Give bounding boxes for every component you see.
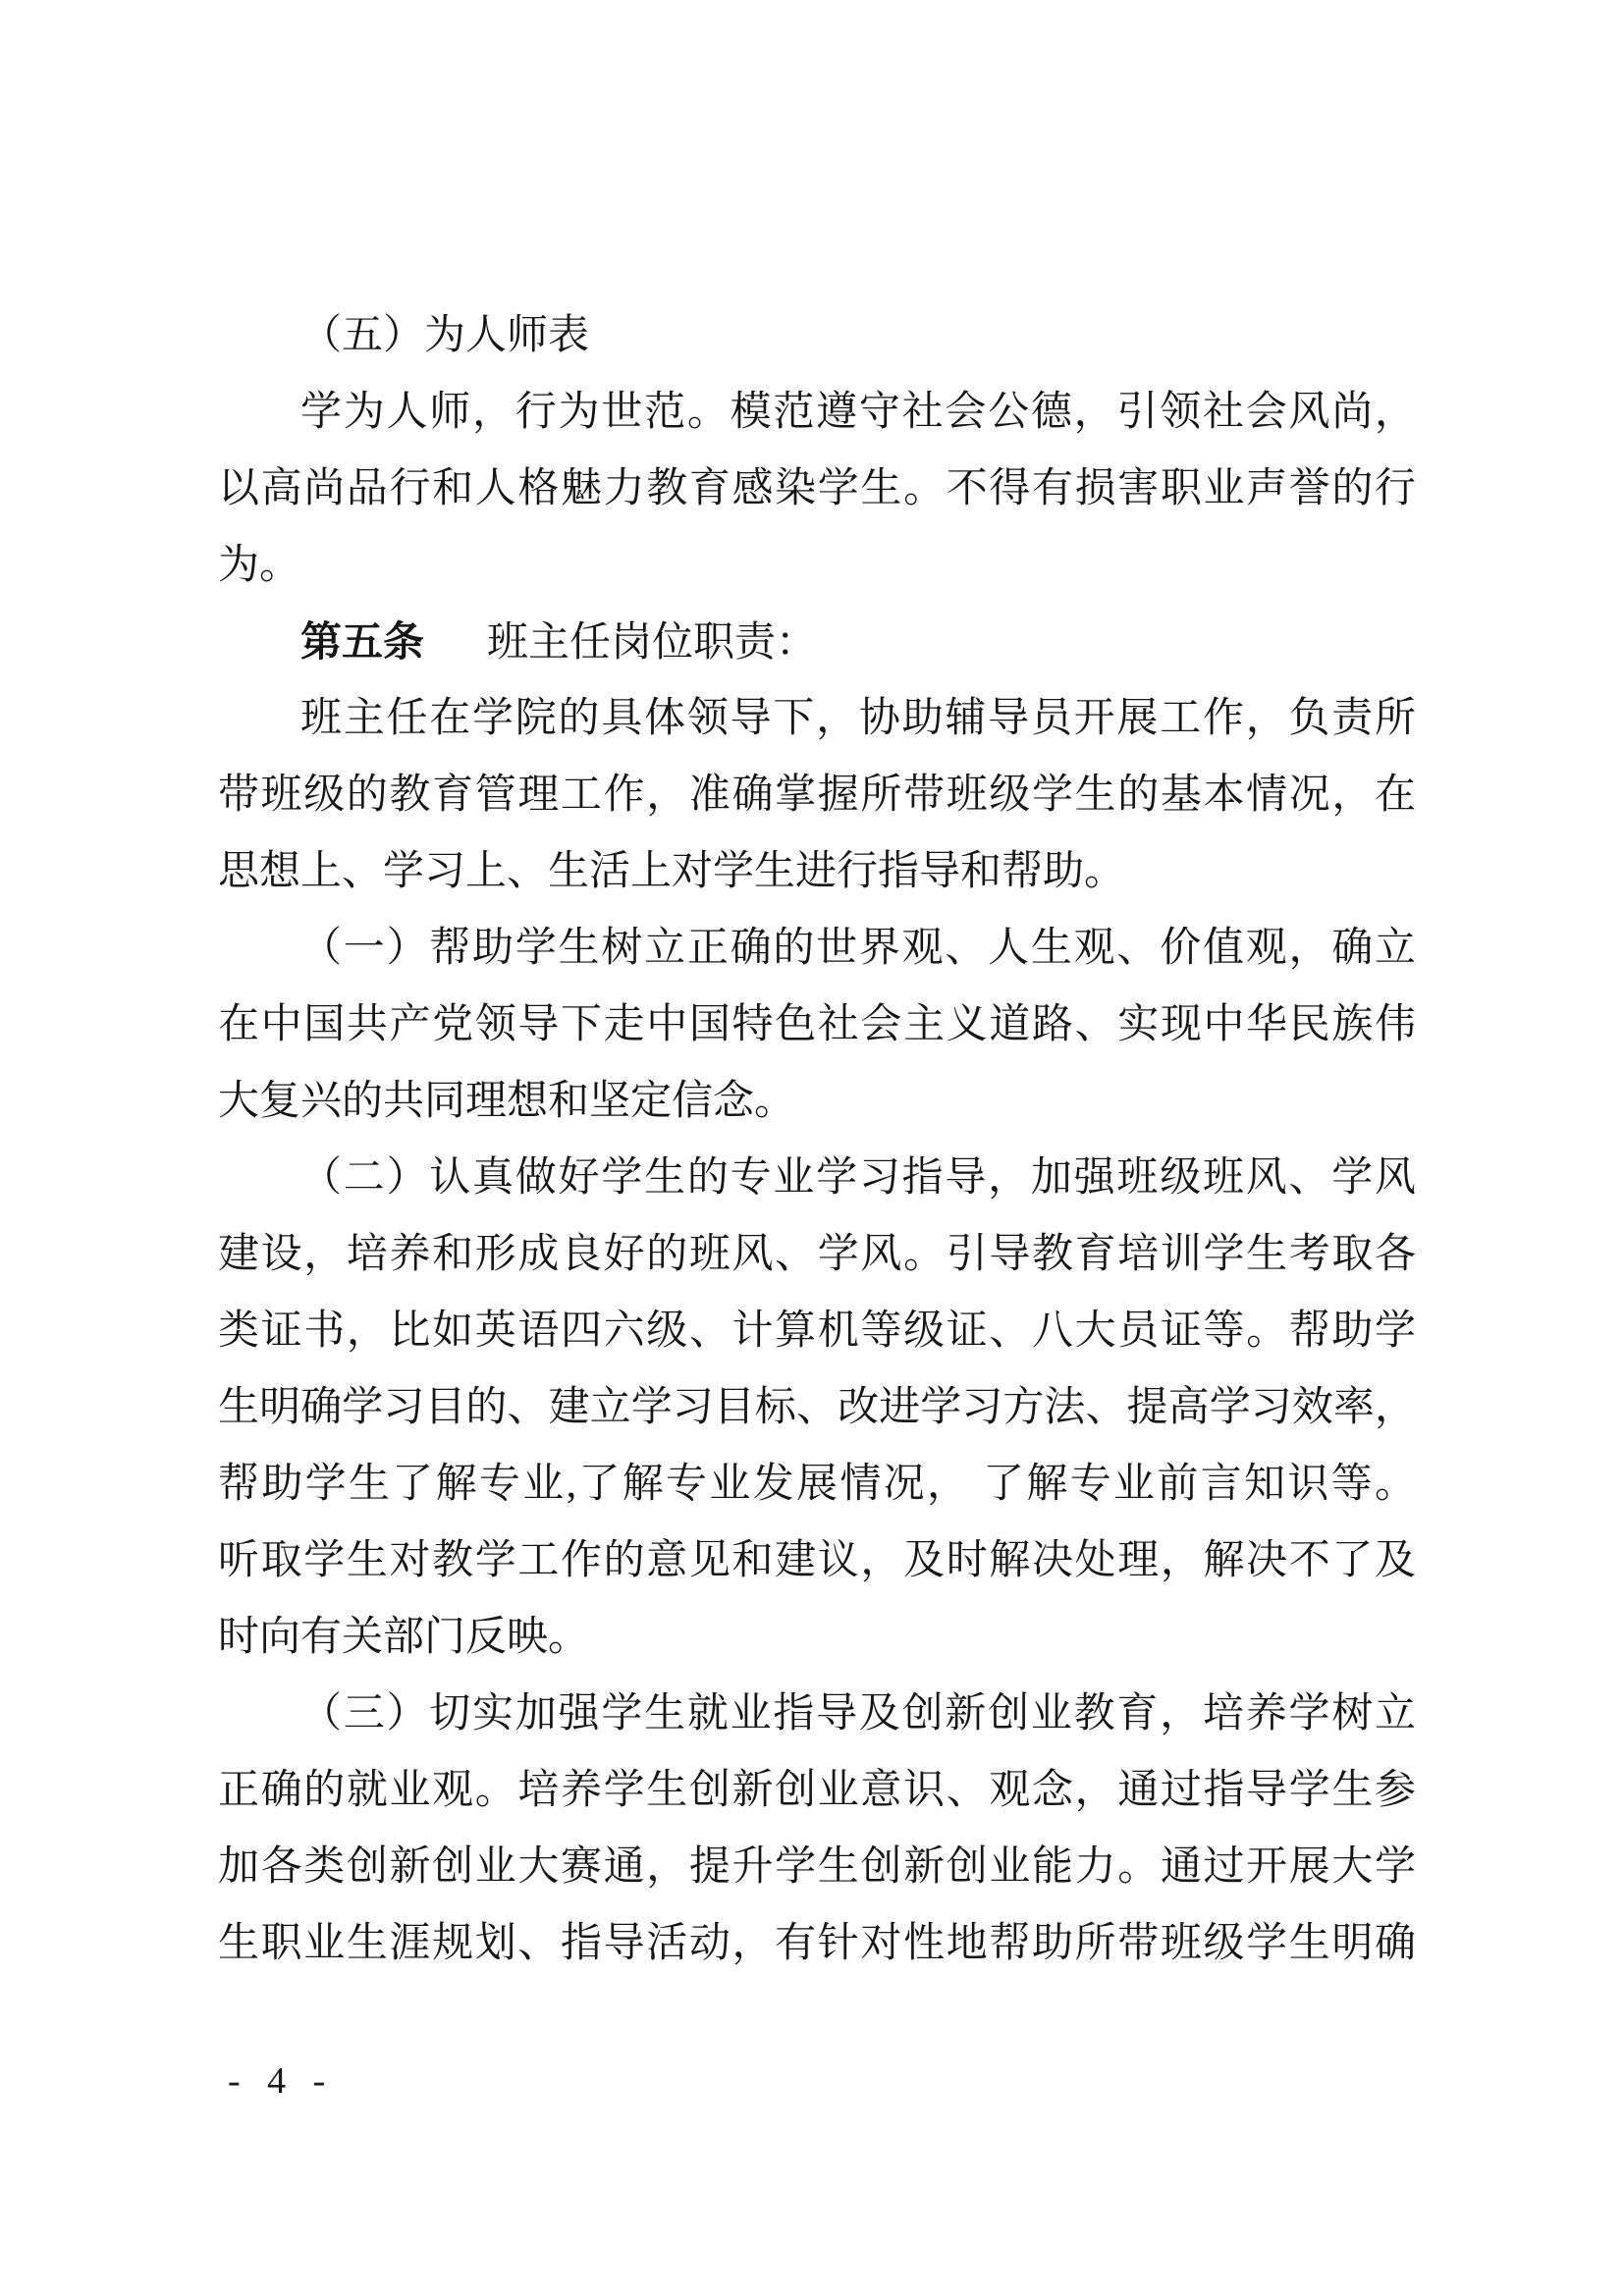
text-line: 正确的就业观。培养学生创新创业意识、观念，通过指导学生参 — [218, 1752, 1416, 1829]
text-line: （五）为人师表 — [218, 297, 1416, 374]
duty-3: （三）切实加强学生就业指导及创新创业教育，培养学树立正确的就业观。培养学生创新创… — [218, 1676, 1416, 1982]
text-line: （二）认真做好学生的专业学习指导，加强班级班风、学风 — [218, 1140, 1416, 1216]
text-run: 听取学生对教学工作的意见和建议，及时解决处理，解决不了及 — [218, 1538, 1416, 1583]
text-line: 听取学生对教学工作的意见和建议，及时解决处理，解决不了及 — [218, 1522, 1416, 1599]
text-line: 类证书，比如英语四六级、计算机等级证、八大员证等。帮助学 — [218, 1293, 1416, 1369]
page-footer: - 4 - — [228, 2050, 334, 2112]
text-run: 生职业生涯规划、指导活动，有针对性地帮助所带班级学生明确 — [218, 1921, 1416, 1966]
text-run: 帮助学生了解专业,了解专业发展情况， 了解专业前言知识等。 — [218, 1462, 1416, 1507]
document-body: （五）为人师表学为人师，行为世范。模范遵守社会公德，引领社会风尚，以高尚品行和人… — [218, 297, 1416, 1982]
text-line: 带班级的教育管理工作，准确掌握所带班级学生的基本情况，在 — [218, 757, 1416, 833]
text-line: 第五条班主任岗位职责： — [218, 604, 1416, 680]
text-run: 班主任岗位职责： — [487, 620, 817, 666]
text-run: 正确的就业观。培养学生创新创业意识、观念，通过指导学生参 — [218, 1768, 1416, 1813]
text-line: 思想上、学习上、生活上对学生进行指导和帮助。 — [218, 833, 1416, 910]
text-line: （一）帮助学生树立正确的世界观、人生观、价值观，确立 — [218, 910, 1416, 987]
text-line: 生职业生涯规划、指导活动，有针对性地帮助所带班级学生明确 — [218, 1905, 1416, 1982]
text-run: 大复兴的共同理想和坚定信念。 — [218, 1079, 795, 1124]
text-line: 生明确学习目的、建立学习目标、改进学习方法、提高学习效率， — [218, 1369, 1416, 1446]
text-run: 类证书，比如英语四六级、计算机等级证、八大员证等。帮助学 — [218, 1308, 1416, 1354]
text-line: 在中国共产党领导下走中国特色社会主义道路、实现中华民族伟 — [218, 987, 1416, 1063]
text-run: 建设，培养和形成良好的班风、学风。引导教育培训学生考取各 — [218, 1232, 1416, 1277]
item-5-body: 学为人师，行为世范。模范遵守社会公德，引领社会风尚，以高尚品行和人格魅力教育感染… — [218, 374, 1416, 604]
text-line: 以高尚品行和人格魅力教育感染学生。不得有损害职业声誉的行 — [218, 451, 1416, 527]
text-run: 带班级的教育管理工作，准确掌握所带班级学生的基本情况，在 — [218, 773, 1416, 818]
duty-2: （二）认真做好学生的专业学习指导，加强班级班风、学风建设，培养和形成良好的班风、… — [218, 1140, 1416, 1676]
text-line: 时向有关部门反映。 — [218, 1599, 1416, 1676]
text-line: 建设，培养和形成良好的班风、学风。引导教育培训学生考取各 — [218, 1216, 1416, 1293]
text-run: （一）帮助学生树立正确的世界观、人生观、价值观，确立 — [300, 926, 1416, 971]
text-line: 大复兴的共同理想和坚定信念。 — [218, 1063, 1416, 1140]
text-line: 加各类创新创业大赛通，提升学生创新创业能力。通过开展大学 — [218, 1829, 1416, 1905]
text-run: 加各类创新创业大赛通，提升学生创新创业能力。通过开展大学 — [218, 1844, 1416, 1890]
text-run: （二）认真做好学生的专业学习指导，加强班级班风、学风 — [300, 1155, 1416, 1201]
text-run: （三）切实加强学生就业指导及创新创业教育，培养学树立 — [300, 1691, 1416, 1736]
page-number: - 4 - — [228, 2060, 334, 2102]
text-line: 为。 — [218, 527, 1416, 604]
text-run: 生明确学习目的、建立学习目标、改进学习方法、提高学习效率， — [218, 1385, 1416, 1430]
item-5-heading: （五）为人师表 — [218, 297, 1416, 374]
text-run: 班主任在学院的具体领导下，协助辅导员开展工作，负责所 — [300, 696, 1416, 741]
text-run: 思想上、学习上、生活上对学生进行指导和帮助。 — [218, 849, 1125, 894]
text-run: 在中国共产党领导下走中国特色社会主义道路、实现中华民族伟 — [218, 1002, 1416, 1047]
text-line: 学为人师，行为世范。模范遵守社会公德，引领社会风尚， — [218, 374, 1416, 451]
text-run: （五）为人师表 — [300, 313, 589, 358]
bold-text-run: 第五条 — [300, 618, 424, 665]
text-line: （三）切实加强学生就业指导及创新创业教育，培养学树立 — [218, 1676, 1416, 1752]
article-5-intro: 班主任在学院的具体领导下，协助辅导员开展工作，负责所带班级的教育管理工作，准确掌… — [218, 680, 1416, 910]
text-run: 以高尚品行和人格魅力教育感染学生。不得有损害职业声誉的行 — [218, 466, 1416, 511]
text-run: 学为人师，行为世范。模范遵守社会公德，引领社会风尚， — [300, 390, 1416, 435]
text-run: 时向有关部门反映。 — [218, 1615, 589, 1660]
text-line: 帮助学生了解专业,了解专业发展情况， 了解专业前言知识等。 — [218, 1446, 1416, 1522]
text-run: 为。 — [218, 543, 300, 588]
duty-1: （一）帮助学生树立正确的世界观、人生观、价值观，确立在中国共产党领导下走中国特色… — [218, 910, 1416, 1140]
text-line: 班主任在学院的具体领导下，协助辅导员开展工作，负责所 — [218, 680, 1416, 757]
article-5-heading: 第五条班主任岗位职责： — [218, 604, 1416, 680]
document-page: （五）为人师表学为人师，行为世范。模范遵守社会公德，引领社会风尚，以高尚品行和人… — [0, 0, 1624, 2296]
